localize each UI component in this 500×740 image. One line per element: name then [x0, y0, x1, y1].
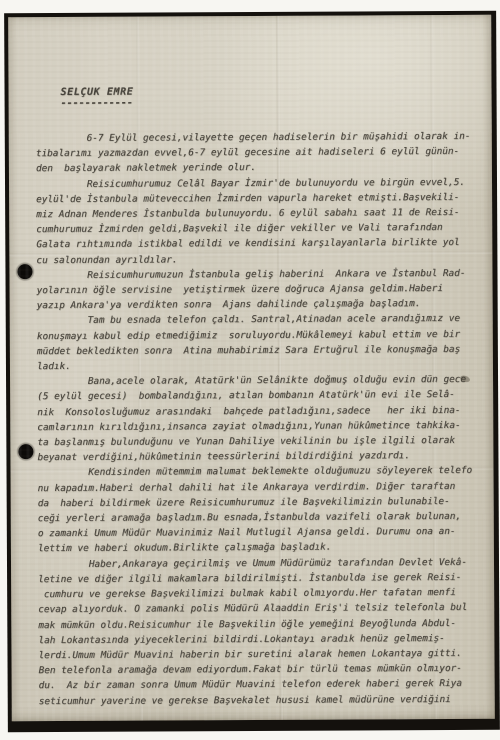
typed-paragraph: Haber,Ankaraya geçirilmiş ve Umum Müdürü… [38, 554, 491, 708]
document-body: 6-7 Eylül gecesi,vilayette geçen hadisel… [36, 129, 491, 709]
typewritten-text: SELÇUK EMRE ------------ 6-7 Eylül geces… [36, 85, 491, 709]
heading-underline: ------------ [61, 98, 488, 107]
scan-black-border: SELÇUK EMRE ------------ 6-7 Eylül geces… [4, 11, 500, 733]
typed-paragraph: Reisicumhurumuz Celâl Bayar İzmir'de bul… [36, 174, 488, 268]
scanned-page: SELÇUK EMRE ------------ 6-7 Eylül geces… [0, 0, 500, 740]
hole-punch-icon [18, 444, 33, 459]
typed-paragraph: Bana,acele olarak, Atatürk'ün Selânikte … [37, 372, 489, 466]
typed-paragraph: 6-7 Eylül gecesi,vilayette geçen hadisel… [36, 129, 488, 177]
typed-paragraph: Kendisinden mütemmim malumat beklemekte … [37, 463, 489, 557]
typed-paragraph: Tam bu esnada telefon çaldı. Santral,Ati… [37, 311, 489, 374]
hole-punch-icon [17, 264, 32, 279]
paper-sheet: SELÇUK EMRE ------------ 6-7 Eylül geces… [8, 15, 495, 722]
typed-paragraph: Reisicumhurumuzun İstanbula geliş haberi… [36, 266, 488, 314]
